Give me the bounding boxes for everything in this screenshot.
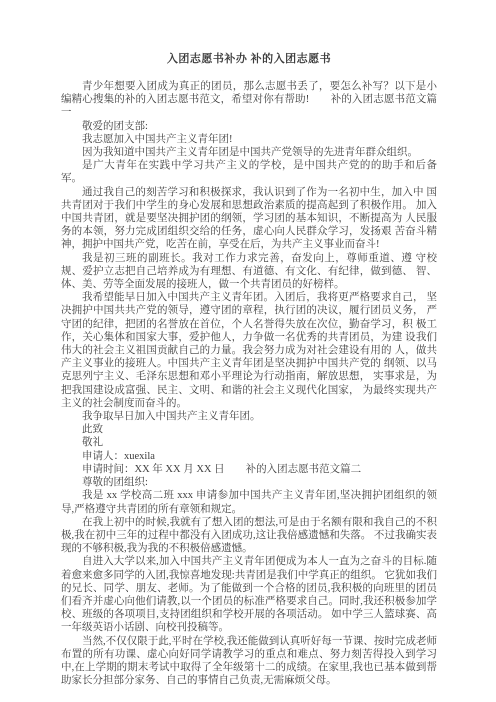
document-body: 青少年想要入团成为真正的团员，那么志愿书丢了，要怎么补写？以下是小编精心搜集的补… xyxy=(61,80,437,687)
paragraph: 此致 xyxy=(61,423,437,436)
paragraph: 我是 xx 学校高二班 xxx 申请参加中国共产主义青年团,坚决拥护团组织的领导… xyxy=(61,489,437,515)
paragraph: 因为我知道中国共产主义青年团是中国共产党领导的先进青年群众组织。 xyxy=(61,146,437,159)
paragraph: 我志愿加入中国共产主义青年团! xyxy=(61,133,437,146)
document-page: 入团志愿书补办 补的入团志愿书 青少年想要入团成为真正的团员，那么志愿书丢了，要… xyxy=(0,0,496,702)
paragraph: 在我上初中的时候,我就有了想入团的想法,可是由于名额有限和我自己的不积极,我在初… xyxy=(61,516,437,556)
paragraph: 是广大青年在实践中学习共产主义的学校，是中国共产党的的助手和后备军。 xyxy=(61,159,437,185)
paragraph: 敬礼 xyxy=(61,436,437,449)
paragraph: 通过我自己的刻苦学习和积极探求，我认识到了作为一名初中生，加入中 国共青团对于我… xyxy=(61,186,437,252)
paragraph: 青少年想要入团成为真正的团员，那么志愿书丢了，要怎么补写？以下是小编精心搜集的补… xyxy=(61,80,437,120)
paragraph: 尊敬的团组织: xyxy=(61,476,437,489)
paragraph: 申请人：xuexila xyxy=(61,450,437,463)
paragraph: 我希望能早日加入中国共产主义青年团。入团后，我将更严格要求自己， 坚决拥护中国共… xyxy=(61,291,437,410)
paragraph: 敬爱的团支部: xyxy=(61,120,437,133)
paragraph: 当然,不仅仅限于此,平时在学校,我还能做到认真听好每一节课、按时完成老师布置的所… xyxy=(61,635,437,688)
paragraph: 我争取早日加入中国共产主义青年团。 xyxy=(61,410,437,423)
paragraph: 申请时间：XX 年 XX 月 XX 日 补的入团志愿书范文篇二 xyxy=(61,463,437,476)
paragraph: 自进入大学以来,加入中国共产主义青年团便成为本人一直为之奋斗的目标.随着愈来愈多… xyxy=(61,555,437,634)
paragraph: 我是初三班的副班长。我对工作力求完善，奋发向上，尊师重道、遵 守校规、爱护立志把… xyxy=(61,252,437,292)
document-title: 入团志愿书补办 补的入团志愿书 xyxy=(61,52,437,66)
